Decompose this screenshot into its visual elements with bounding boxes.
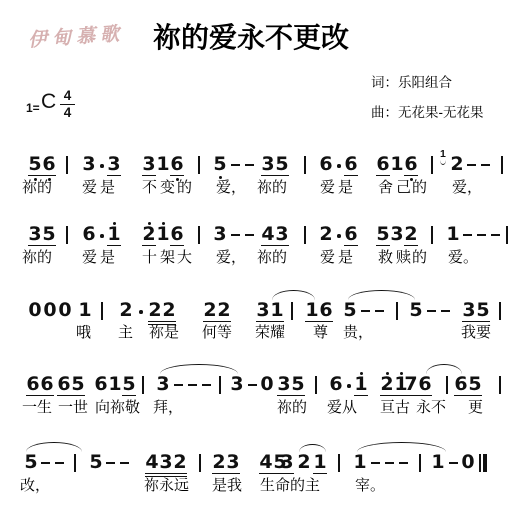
beam-line bbox=[145, 473, 187, 474]
note: 2 bbox=[297, 451, 311, 473]
barline bbox=[199, 454, 201, 472]
tie-arc bbox=[26, 442, 82, 452]
augmentation-dot bbox=[139, 310, 143, 314]
note: 5 bbox=[24, 451, 38, 473]
duration-dash bbox=[231, 164, 240, 166]
score-lines: 56333165356661612祢的爱是不变的爱，祢的爱是舍己的爱，35612… bbox=[0, 0, 514, 531]
beam-line bbox=[376, 245, 390, 246]
note-group: 6 bbox=[170, 153, 184, 175]
duration-dash bbox=[463, 234, 472, 236]
note: 3 bbox=[159, 451, 173, 473]
note: 3 bbox=[390, 223, 404, 245]
note: 3 bbox=[156, 373, 170, 395]
lyric-syllable: 架 bbox=[160, 249, 175, 267]
note: 5 bbox=[28, 153, 42, 175]
beam-line bbox=[277, 395, 305, 396]
note: 5 bbox=[71, 373, 85, 395]
note: 2 bbox=[217, 299, 231, 321]
lyric-syllable: 己 bbox=[396, 179, 411, 197]
note: 2 bbox=[119, 299, 133, 321]
lyric-syllable: 的 bbox=[177, 179, 192, 197]
note: 2 bbox=[173, 451, 187, 473]
note: 0 bbox=[58, 299, 72, 321]
note-group: 6 bbox=[376, 153, 390, 175]
lyric-syllable: 十 bbox=[142, 249, 157, 267]
note-group: 2 bbox=[404, 223, 418, 245]
lyric-syllable: 永不 bbox=[416, 399, 446, 417]
note-group: 76 bbox=[404, 373, 432, 395]
note: 1 bbox=[390, 153, 404, 175]
lyric-syllable: 何等 bbox=[202, 324, 232, 342]
note: 2 bbox=[142, 223, 156, 245]
beam-line bbox=[261, 175, 289, 176]
beam-line bbox=[404, 175, 418, 176]
duration-dash bbox=[375, 310, 384, 312]
final-barline-thick bbox=[483, 454, 487, 472]
note: 1 bbox=[313, 451, 327, 473]
note: 5 bbox=[24, 451, 38, 473]
note: 2 bbox=[319, 223, 333, 245]
duration-dash bbox=[361, 310, 370, 312]
note: 3 bbox=[82, 153, 96, 175]
barline bbox=[304, 226, 306, 244]
note: 3 bbox=[156, 373, 170, 395]
duration-dash bbox=[481, 164, 490, 166]
note-group: 23 bbox=[212, 451, 240, 473]
barline bbox=[198, 156, 200, 174]
note: 1 bbox=[156, 153, 170, 175]
barline bbox=[198, 226, 200, 244]
note: 2 bbox=[319, 223, 333, 245]
lyric-syllable: 祢的 bbox=[257, 179, 287, 197]
note: 1 bbox=[107, 223, 121, 245]
note-group: 43 bbox=[261, 223, 289, 245]
note: 3 bbox=[462, 299, 476, 321]
note-group: 31 bbox=[256, 299, 284, 321]
note: 4 bbox=[259, 451, 273, 473]
note: 3 bbox=[213, 223, 227, 245]
beam-line bbox=[256, 321, 284, 322]
lyric-syllable: 祢是 bbox=[149, 324, 179, 342]
note-group: 6 bbox=[404, 153, 418, 175]
augmentation-dot bbox=[347, 384, 351, 388]
note: 1 bbox=[78, 299, 92, 321]
tie-arc bbox=[160, 364, 238, 374]
beam-line bbox=[122, 395, 136, 396]
lyric-syllable: 是我 bbox=[212, 477, 242, 495]
lyric-syllable: 拜， bbox=[153, 399, 183, 417]
augmentation-dot bbox=[100, 164, 104, 168]
note: 6 bbox=[319, 153, 333, 175]
note: 1 bbox=[156, 223, 170, 245]
note: 5 bbox=[89, 451, 103, 473]
lyric-syllable: 舍 bbox=[378, 179, 393, 197]
duration-dash bbox=[371, 462, 380, 464]
note-group: 6 bbox=[344, 223, 358, 245]
barline bbox=[219, 376, 221, 394]
note-group: 5 bbox=[122, 373, 136, 395]
lyric-syllable: 祢的 bbox=[257, 249, 287, 267]
lyric-syllable: 是 bbox=[338, 249, 353, 267]
note: 3 bbox=[230, 373, 244, 395]
note: 3 bbox=[28, 223, 42, 245]
note: 6 bbox=[170, 153, 184, 175]
duration-dash bbox=[491, 234, 500, 236]
note: 6 bbox=[344, 223, 358, 245]
augmentation-dot bbox=[337, 234, 341, 238]
note: 2 bbox=[297, 451, 311, 473]
duration-dash bbox=[399, 462, 408, 464]
duration-dash bbox=[188, 384, 197, 386]
note: 1 bbox=[431, 451, 445, 473]
note: 6 bbox=[418, 373, 432, 395]
grace-note: 1 bbox=[440, 149, 446, 159]
note: 3 bbox=[261, 153, 275, 175]
beam-line bbox=[57, 395, 85, 396]
lyric-syllable: 我要 bbox=[461, 324, 491, 342]
note-group: 3 bbox=[280, 451, 294, 473]
note: 2 bbox=[148, 299, 162, 321]
lyric-syllable: 爱 bbox=[82, 179, 97, 197]
lyric-syllable: 爱， bbox=[216, 179, 246, 197]
note-group: 35 bbox=[462, 299, 490, 321]
lyric-syllable: 赎 bbox=[396, 249, 411, 267]
note: 0 bbox=[58, 299, 72, 321]
song-sheet: 伊甸慕歌 祢的爱永不更改 词：乐阳组合 曲：无花果-无花果 1= C 4 4 5… bbox=[0, 0, 514, 531]
note-group: 22 bbox=[203, 299, 231, 321]
lyric-syllable: 爱。 bbox=[448, 249, 478, 267]
lyric-syllable: 荣耀 bbox=[255, 324, 285, 342]
note: 7 bbox=[404, 373, 418, 395]
note: 6 bbox=[40, 373, 54, 395]
beam-line bbox=[28, 245, 56, 246]
duration-dash bbox=[467, 164, 476, 166]
note-group: 35 bbox=[28, 223, 56, 245]
lyric-syllable: 爱 bbox=[320, 179, 335, 197]
note: 6 bbox=[329, 373, 343, 395]
beam-line bbox=[305, 321, 333, 322]
note: 1 bbox=[108, 373, 122, 395]
beam-line bbox=[142, 175, 156, 176]
note: 1 bbox=[431, 451, 445, 473]
note: 1 bbox=[354, 373, 368, 395]
beam-line bbox=[354, 395, 368, 396]
duration-dash bbox=[245, 234, 254, 236]
note: 6 bbox=[26, 373, 40, 395]
beam-line bbox=[148, 321, 176, 322]
grace-slur bbox=[440, 160, 446, 165]
barline bbox=[431, 156, 433, 174]
octave-dot-high bbox=[148, 222, 151, 225]
barline bbox=[74, 454, 76, 472]
lyric-syllable: 更 bbox=[468, 399, 483, 417]
note: 6 bbox=[94, 373, 108, 395]
lyric-syllable: 不 bbox=[142, 179, 157, 197]
lyric-syllable: 变 bbox=[160, 179, 175, 197]
octave-dot-high bbox=[400, 372, 403, 375]
note: 6 bbox=[376, 153, 390, 175]
note: 1 bbox=[353, 451, 367, 473]
beam-line bbox=[344, 175, 358, 176]
note: 0 bbox=[260, 373, 274, 395]
tie-arc bbox=[272, 290, 315, 300]
lyric-syllable: 一世 bbox=[58, 399, 88, 417]
note: 5 bbox=[89, 451, 103, 473]
lyric-syllable: 是 bbox=[338, 179, 353, 197]
note: 5 bbox=[42, 223, 56, 245]
duration-dash bbox=[106, 462, 115, 464]
barline bbox=[338, 454, 340, 472]
lyric-syllable: 一生 bbox=[22, 399, 52, 417]
note: 2 bbox=[212, 451, 226, 473]
augmentation-dot bbox=[337, 164, 341, 168]
lyric-syllable: 贵， bbox=[343, 324, 373, 342]
note: 6 bbox=[170, 223, 184, 245]
beam-line bbox=[28, 175, 56, 176]
octave-dot-high bbox=[162, 222, 165, 225]
tie-arc bbox=[348, 290, 415, 300]
duration-dash bbox=[41, 462, 50, 464]
beam-line bbox=[376, 175, 390, 176]
barline bbox=[66, 226, 68, 244]
duration-dash bbox=[477, 234, 486, 236]
final-barline-thin bbox=[479, 454, 481, 472]
duration-dash bbox=[120, 462, 129, 464]
lyric-syllable: 祢的 bbox=[277, 399, 307, 417]
note: 3 bbox=[256, 299, 270, 321]
lyric-syllable: 宰。 bbox=[355, 477, 385, 495]
note-group: 6 bbox=[344, 153, 358, 175]
beam-line bbox=[313, 473, 327, 474]
note-group: 1 bbox=[107, 223, 121, 245]
note: 5 bbox=[409, 299, 423, 321]
beam-line bbox=[107, 245, 121, 246]
barline bbox=[501, 156, 503, 174]
octave-dot-high bbox=[113, 222, 116, 225]
octave-dot-high bbox=[360, 372, 363, 375]
note: 1 bbox=[108, 373, 122, 395]
note: 5 bbox=[275, 153, 289, 175]
duration-dash bbox=[427, 310, 436, 312]
note: 5 bbox=[343, 299, 357, 321]
note: 6 bbox=[57, 373, 71, 395]
duration-dash bbox=[248, 384, 257, 386]
lyric-syllable: 大 bbox=[177, 249, 192, 267]
note: 6 bbox=[42, 153, 56, 175]
note: 5 bbox=[409, 299, 423, 321]
note-group: 66 bbox=[26, 373, 54, 395]
note: 3 bbox=[213, 223, 227, 245]
beam-line bbox=[454, 395, 482, 396]
note: 5 bbox=[476, 299, 490, 321]
note: 2 bbox=[450, 153, 464, 175]
duration-dash bbox=[231, 234, 240, 236]
note: 6 bbox=[404, 153, 418, 175]
beam-line bbox=[170, 245, 184, 246]
note: 6 bbox=[454, 373, 468, 395]
note: 0 bbox=[461, 451, 475, 473]
barline bbox=[431, 226, 433, 244]
lyric-syllable: 的 bbox=[412, 179, 427, 197]
barline bbox=[419, 454, 421, 472]
lyric-syllable: 尊 bbox=[313, 324, 328, 342]
note: 1 bbox=[156, 223, 170, 245]
note-group: 56 bbox=[28, 153, 56, 175]
tie-arc bbox=[299, 444, 326, 452]
note: 3 bbox=[82, 153, 96, 175]
note-group: 432 bbox=[145, 451, 187, 473]
beam-line bbox=[344, 245, 358, 246]
note: 2 bbox=[119, 299, 133, 321]
note-group: 65 bbox=[57, 373, 85, 395]
note-group: 6 bbox=[170, 223, 184, 245]
note: 3 bbox=[230, 373, 244, 395]
lyric-syllable: 祢的 bbox=[22, 249, 52, 267]
duration-dash bbox=[245, 164, 254, 166]
note: 2 bbox=[404, 223, 418, 245]
beam-line bbox=[107, 175, 121, 176]
note: 2 bbox=[203, 299, 217, 321]
note: 6 bbox=[319, 153, 333, 175]
barline bbox=[291, 302, 293, 320]
lyric-syllable: 爱， bbox=[452, 179, 482, 197]
note: 6 bbox=[344, 153, 358, 175]
beam-line bbox=[404, 245, 418, 246]
note: 1 bbox=[446, 223, 460, 245]
note: 3 bbox=[277, 373, 291, 395]
beam-line bbox=[280, 473, 294, 474]
note: 0 bbox=[260, 373, 274, 395]
lyric-syllable: 爱从 bbox=[327, 399, 357, 417]
note: 2 bbox=[162, 299, 176, 321]
note-group: 1 bbox=[313, 451, 327, 473]
lyric-syllable: 祢的 bbox=[22, 179, 52, 197]
duration-dash bbox=[385, 462, 394, 464]
lyric-syllable: 向祢敬 bbox=[95, 399, 140, 417]
beam-line bbox=[170, 175, 184, 176]
barline bbox=[142, 376, 144, 394]
tie-arc bbox=[426, 364, 462, 374]
note: 5 bbox=[291, 373, 305, 395]
note: 0 bbox=[43, 299, 57, 321]
note: 1 bbox=[270, 299, 284, 321]
note: 1 bbox=[305, 299, 319, 321]
beam-line bbox=[26, 395, 54, 396]
note: 6 bbox=[82, 223, 96, 245]
note: 2 bbox=[380, 373, 394, 395]
note-group: 3 bbox=[142, 153, 156, 175]
tie-arc bbox=[357, 442, 446, 452]
augmentation-dot bbox=[100, 234, 104, 238]
note: 3 bbox=[142, 153, 156, 175]
lyric-syllable: 主 bbox=[118, 324, 133, 342]
note: 1 bbox=[353, 451, 367, 473]
note: 6 bbox=[329, 373, 343, 395]
note: 2 bbox=[450, 153, 464, 175]
note: 3 bbox=[107, 153, 121, 175]
lyric-syllable: 爱 bbox=[82, 249, 97, 267]
lyric-syllable: 救 bbox=[378, 249, 393, 267]
note: 0 bbox=[461, 451, 475, 473]
barline bbox=[101, 302, 103, 320]
duration-dash bbox=[174, 384, 183, 386]
note: 5 bbox=[376, 223, 390, 245]
note: 5 bbox=[468, 373, 482, 395]
note: 5 bbox=[213, 153, 227, 175]
lyric-syllable: 亘古 bbox=[380, 399, 410, 417]
duration-dash bbox=[202, 384, 211, 386]
note-group: 5 bbox=[376, 223, 390, 245]
note: 3 bbox=[275, 223, 289, 245]
duration-dash bbox=[55, 462, 64, 464]
lyric-syllable: 生命的主 bbox=[260, 477, 320, 495]
note-group: 3 bbox=[107, 153, 121, 175]
note: 5 bbox=[122, 373, 136, 395]
note: 5 bbox=[213, 153, 227, 175]
note: 4 bbox=[145, 451, 159, 473]
barline bbox=[499, 302, 501, 320]
lyric-syllable: 爱 bbox=[320, 249, 335, 267]
octave-dot-high bbox=[386, 372, 389, 375]
note: 3 bbox=[390, 223, 404, 245]
note-group: 35 bbox=[261, 153, 289, 175]
note-group: 1 bbox=[354, 373, 368, 395]
note: 0 bbox=[28, 299, 42, 321]
duration-dash bbox=[441, 310, 450, 312]
note: 4 bbox=[261, 223, 275, 245]
note: 6 bbox=[319, 299, 333, 321]
note: 5 bbox=[343, 299, 357, 321]
duration-dash bbox=[449, 462, 458, 464]
note: 6 bbox=[82, 223, 96, 245]
note: 1 bbox=[156, 153, 170, 175]
note-group: 2 bbox=[142, 223, 156, 245]
note: 1 bbox=[78, 299, 92, 321]
note-group: 16 bbox=[305, 299, 333, 321]
note: 0 bbox=[28, 299, 42, 321]
beam-line bbox=[261, 245, 289, 246]
lyric-syllable: 祢永远 bbox=[144, 477, 189, 495]
note-group: 65 bbox=[454, 373, 482, 395]
note: 1 bbox=[446, 223, 460, 245]
note-group: 35 bbox=[277, 373, 305, 395]
beam-line bbox=[203, 321, 231, 322]
beam-line bbox=[142, 245, 156, 246]
beam-line bbox=[212, 473, 240, 474]
note: 6 bbox=[94, 373, 108, 395]
barline bbox=[446, 376, 448, 394]
note: 3 bbox=[280, 451, 294, 473]
lyric-syllable: 的 bbox=[412, 249, 427, 267]
note: 1 bbox=[390, 153, 404, 175]
barline bbox=[396, 302, 398, 320]
barline bbox=[66, 156, 68, 174]
barline bbox=[506, 226, 508, 244]
barline bbox=[499, 376, 501, 394]
lyric-syllable: 哦 bbox=[76, 324, 91, 342]
beam-line bbox=[462, 321, 490, 322]
beam-line bbox=[404, 395, 432, 396]
lyric-syllable: 是 bbox=[100, 249, 115, 267]
lyric-syllable: 爱， bbox=[216, 249, 246, 267]
lyric-syllable: 是 bbox=[100, 179, 115, 197]
note: 0 bbox=[43, 299, 57, 321]
barline bbox=[315, 376, 317, 394]
barline bbox=[304, 156, 306, 174]
lyric-syllable: 改， bbox=[20, 477, 50, 495]
note: 3 bbox=[226, 451, 240, 473]
note-group: 22 bbox=[148, 299, 176, 321]
